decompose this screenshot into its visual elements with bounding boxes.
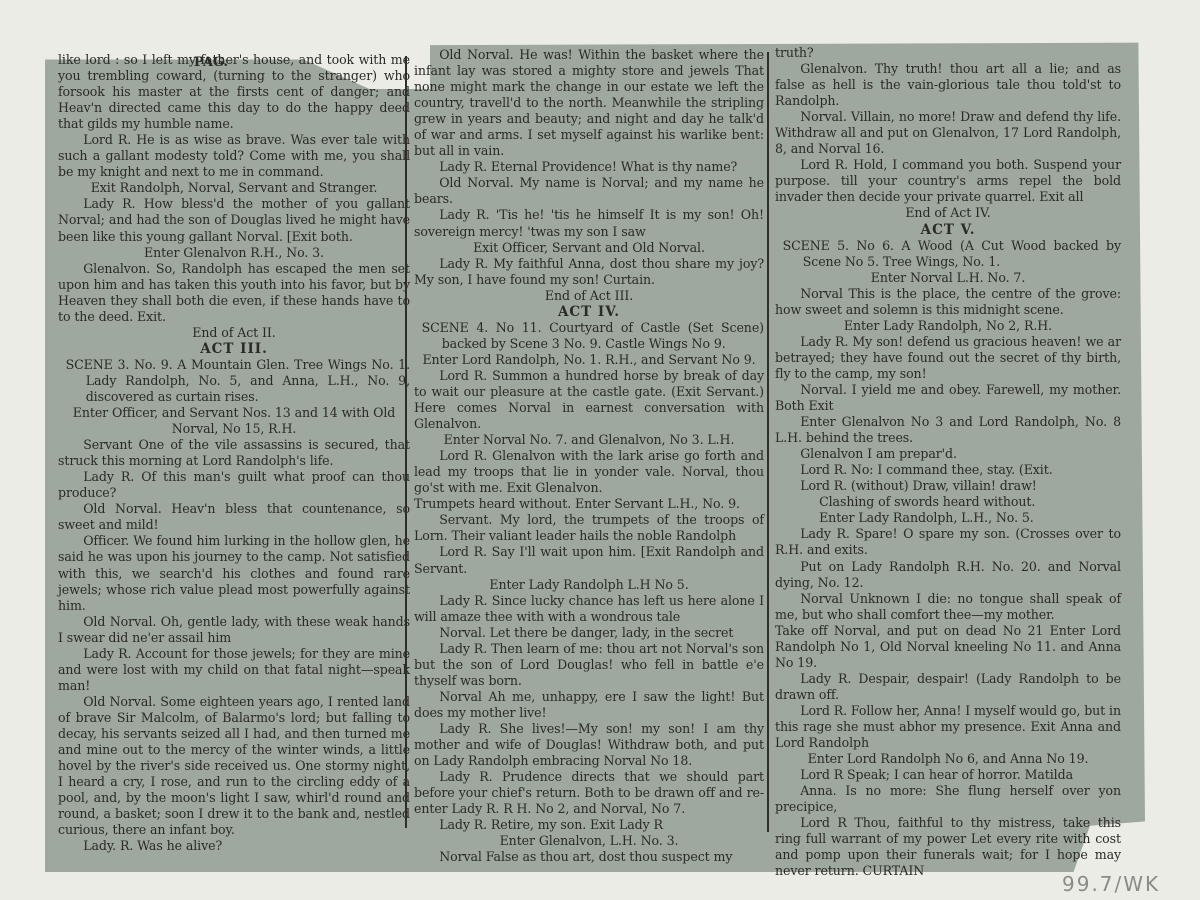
- script-line: Lord R. Summon a hundred horse by break …: [414, 368, 764, 432]
- script-line: Enter Glenalvon R.H., No. 3.: [58, 245, 410, 261]
- script-line: Enter Norval L.H. No. 7.: [775, 270, 1121, 286]
- script-line: Anna. Is no more: She flung herself over…: [775, 783, 1121, 815]
- script-line: Old Norval. Some eighteen years ago, I r…: [58, 694, 410, 838]
- script-line: truth?: [775, 45, 1121, 61]
- section-heading: ACT V.: [775, 222, 1121, 238]
- section-heading: SCENE 4. No 11. Courtyard of Castle (Set…: [414, 320, 764, 352]
- script-line: Enter Lord Randolph, No. 1. R.H., and Se…: [414, 352, 764, 368]
- section-heading: SCENE 3. No. 9. A Mountain Glen. Tree Wi…: [58, 357, 410, 405]
- script-line: Norval. I yield me and obey. Farewell, m…: [775, 382, 1121, 414]
- script-line: Enter Glenalvon No 3 and Lord Randolph, …: [775, 414, 1121, 446]
- script-line: Lady R. Prudence directs that we should …: [414, 769, 764, 817]
- script-line: Norval This is the place, the centre of …: [775, 286, 1121, 318]
- script-line: Lady R. How bless'd the mother of you ga…: [58, 196, 410, 244]
- script-line: Clashing of swords heard without.: [775, 494, 1121, 510]
- script-line: Lady R. Eternal Providence! What is thy …: [414, 159, 764, 175]
- column-2: Old Norval. He was! Within the basket wh…: [414, 47, 764, 865]
- column-1: like lord : so I left my father's house,…: [58, 52, 410, 854]
- column-3: truth?Glenalvon. Thy truth! thou art all…: [775, 45, 1121, 879]
- script-line: Glenalvon. So, Randolph has escaped the …: [58, 261, 410, 325]
- script-line: Lady. R. Was he alive?: [58, 838, 410, 854]
- section-heading: ACT IV.: [414, 304, 764, 320]
- script-line: Glenalvon. Thy truth! thou art all a lie…: [775, 61, 1121, 109]
- script-line: Old Norval. Oh, gentle lady, with these …: [58, 614, 410, 646]
- script-line: Norval Unknown I die: no tongue shall sp…: [775, 591, 1121, 623]
- script-line: Lord R Speak; I can hear of horror. Mati…: [775, 767, 1121, 783]
- script-line: Lady R. Of this man's guilt what proof c…: [58, 469, 410, 501]
- script-line: Enter Lady Randolph L.H No 5.: [414, 577, 764, 593]
- script-line: Lady R. She lives!—My son! my son! I am …: [414, 721, 764, 769]
- script-line: Lord R. (without) Draw, villain! draw!: [775, 478, 1121, 494]
- script-line: Enter Glenalvon, L.H. No. 3.: [414, 833, 764, 849]
- script-line: Norval False as thou art, dost thou susp…: [414, 849, 764, 865]
- script-line: Enter Lord Randolph No 6, and Anna No 19…: [775, 751, 1121, 767]
- script-line: Enter Norval No. 7. and Glenalvon, No 3.…: [414, 432, 764, 448]
- column-divider-1: [405, 56, 407, 828]
- script-line: Lord R. Glenalvon with the lark arise go…: [414, 448, 764, 496]
- section-heading: End of Act III.: [414, 288, 764, 304]
- script-line: Lady R. Since lucky chance has left us h…: [414, 593, 764, 625]
- script-line: Norval. Villain, no more! Draw and defen…: [775, 109, 1121, 157]
- section-heading: End of Act II.: [58, 325, 410, 341]
- script-line: Norval Ah me, unhappy, ere I saw the lig…: [414, 689, 764, 721]
- script-line: Lord R Thou, faithful to thy mistress, t…: [775, 815, 1121, 879]
- script-line: Lord R. He is as wise as brave. Was ever…: [58, 132, 410, 180]
- script-line: Lady R. My faithful Anna, dost thou shar…: [414, 256, 764, 288]
- script-line: like lord : so I left my father's house,…: [58, 52, 410, 132]
- script-line: Lady R. Despair, despair! (Lady Randolph…: [775, 671, 1121, 703]
- script-line: Old Norval. Heav'n bless that countenanc…: [58, 501, 410, 533]
- script-line: Lord R. No: I command thee, stay. (Exit.: [775, 462, 1121, 478]
- script-line: Lord R. Hold, I command you both. Suspen…: [775, 157, 1121, 205]
- script-line: Old Norval. My name is Norval; and my na…: [414, 175, 764, 207]
- script-line: Glenalvon I am prepar'd.: [775, 446, 1121, 462]
- script-line: Lady R. Then learn of me: thou art not N…: [414, 641, 764, 689]
- script-line: Norval. Let there be danger, lady, in th…: [414, 625, 764, 641]
- script-line: Servant One of the vile assassins is sec…: [58, 437, 410, 469]
- script-line: Enter Lady Randolph, No 2, R.H.: [775, 318, 1121, 334]
- script-line: Lord R. Say I'll wait upon him. [Exit Ra…: [414, 544, 764, 576]
- script-line: Put on Lady Randolph R.H. No. 20. and No…: [775, 559, 1121, 591]
- script-line: Exit Randolph, Norval, Servant and Stran…: [58, 180, 410, 196]
- pencil-annotation: 99.7/WK: [1062, 872, 1160, 896]
- script-line: Take off Norval, and put on dead No 21 E…: [775, 623, 1121, 671]
- section-heading: SCENE 5. No 6. A Wood (A Cut Wood backed…: [775, 238, 1121, 270]
- script-line: Lady R. Retire, my son. Exit Lady R: [414, 817, 764, 833]
- script-line: Lady R. Account for those jewels; for th…: [58, 646, 410, 694]
- script-line: Old Norval. He was! Within the basket wh…: [414, 47, 764, 159]
- script-line: Lord R. Follow her, Anna! I myself would…: [775, 703, 1121, 751]
- script-line: Servant. My lord, the trumpets of the tr…: [414, 512, 764, 544]
- script-line: Officer. We found him lurking in the hol…: [58, 533, 410, 613]
- script-line: Lady R. 'Tis he! 'tis he himself It is m…: [414, 207, 764, 239]
- script-line: Enter Lady Randolph, L.H., No. 5.: [775, 510, 1121, 526]
- script-line: Exit Officer, Servant and Old Norval.: [414, 240, 764, 256]
- script-line: Trumpets heard without. Enter Servant L.…: [414, 496, 764, 512]
- script-line: Lady R. Spare! O spare my son. (Crosses …: [775, 526, 1121, 558]
- script-line: Lady R. My son! defend us gracious heave…: [775, 334, 1121, 382]
- script-line: Enter Officer, and Servant Nos. 13 and 1…: [58, 405, 410, 437]
- column-divider-2: [767, 52, 769, 832]
- section-heading: ACT III.: [58, 341, 410, 357]
- section-heading: End of Act IV.: [775, 205, 1121, 221]
